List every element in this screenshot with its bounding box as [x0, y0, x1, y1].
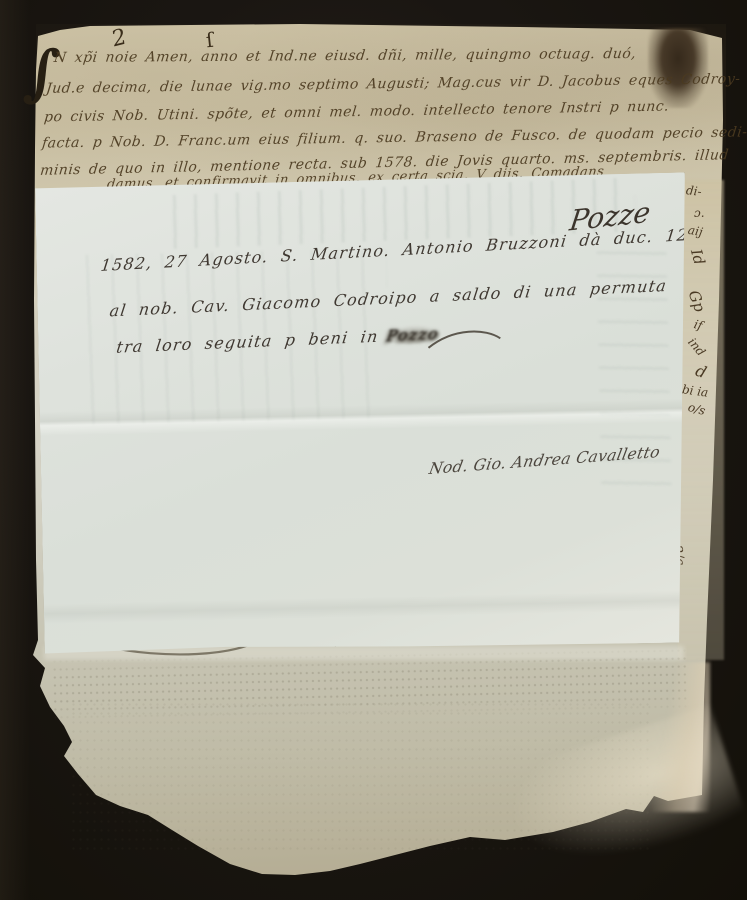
archival-photo: ∫ 2 ſ N xp̃i noie Amen, anno et Ind.ne e…: [0, 0, 747, 900]
curl-mark-icon: 2: [111, 24, 127, 52]
pasted-note-sheet: Pozze 1582, 27 Agosto. S. Martino. Anton…: [35, 172, 695, 656]
text-fragment: ɔ.: [694, 206, 705, 220]
paper-crease: [44, 590, 694, 624]
text-fragment: di-: [685, 183, 702, 199]
blot-flourish-icon: [426, 322, 507, 354]
text-fragment: aij: [687, 223, 704, 239]
notarial-flourish-icon: ∫: [21, 35, 62, 110]
vellum-rough-edge: [652, 662, 710, 812]
ink-stain: [648, 28, 708, 108]
